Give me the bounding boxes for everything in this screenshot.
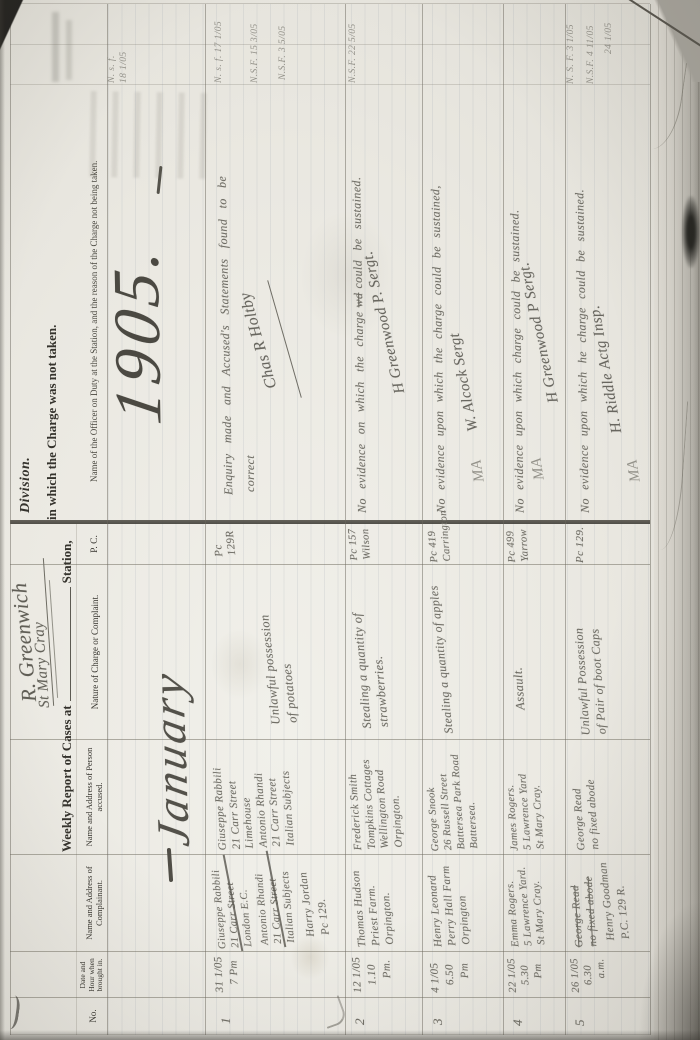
column-line — [10, 84, 650, 85]
margin-note: N.S.F. 15 3/05 — [250, 23, 260, 83]
pencil-initials: MA — [624, 458, 644, 483]
division-subtitle: in which the Charge was not taken. — [44, 325, 60, 520]
col-header-complainant: Name and Address of Complainant. — [84, 856, 104, 950]
accused-cell: James Rogers. 5 Lawrence Yard St Mary Cr… — [503, 772, 547, 851]
margin-note: N. s. f. 18 1/05 — [106, 13, 130, 83]
complainant-struck-entry: Antonio Rhandi 21 Carr Street Italian Su… — [253, 870, 298, 945]
pencil-initials: MA — [528, 456, 548, 481]
row-number: 4 — [510, 1019, 526, 1026]
accused-cell: Giuseppe Rabbili 21 Carr Street Limehous… — [211, 762, 298, 851]
faint-print-smudge — [52, 12, 59, 82]
year-heading: 1905. — [98, 237, 177, 428]
margin-note: N.S.F. 4 11/05 — [586, 25, 596, 84]
report-title-suffix: Station, — [59, 540, 74, 583]
officer-column-header: Name of the Officer on Duty at the Stati… — [89, 161, 99, 482]
row-number: 5 — [572, 1019, 588, 1026]
scanned-ledger-page: Division. in which the Charge was not ta… — [0, 0, 700, 1040]
margin-note: 24 1/05 — [604, 22, 614, 54]
ledger-landscape-content: Division. in which the Charge was not ta… — [0, 0, 700, 1040]
col-header-no: No. — [88, 998, 98, 1034]
pencil-initials: MA — [468, 458, 488, 483]
row-number: 1 — [218, 1017, 234, 1024]
month-heading: January — [141, 667, 200, 849]
row-line — [205, 4, 206, 1035]
date-cell: 4 1/05 6.50 Pm — [427, 961, 474, 994]
row-line — [107, 4, 108, 1035]
table-border-bottom — [650, 4, 651, 1035]
date-cell: 12 1/05 1.10 Pm. — [349, 955, 396, 993]
table-border-left — [10, 1034, 650, 1035]
margin-note: N. S. F. 3 1/05 — [566, 24, 576, 84]
row-number: 3 — [430, 1018, 446, 1025]
reason-text: correct — [243, 455, 258, 492]
col-header-charge: Nature of Charge or Complaint. — [90, 566, 100, 738]
row-line — [565, 4, 566, 1035]
complainant-cell: Emma Rogers. 5 Lawrence Yard. St Mary Cr… — [503, 865, 549, 948]
pc-cell: Pc 499 Yarrow — [504, 529, 532, 563]
column-line — [10, 951, 650, 952]
charge-cell: Assault. — [511, 666, 529, 710]
header-rule — [76, 524, 77, 1035]
complainant-cell: Thomas Hudson Priest Farm. Orpington. — [349, 867, 398, 947]
pc-cell: Pc 157 Wilson — [346, 527, 374, 561]
column-line — [10, 739, 650, 740]
column-line — [10, 854, 650, 855]
complainant-struck-entry: George Read no fixed abode — [568, 876, 601, 948]
date-cell: 26 1/05 6.30 a.m. — [568, 956, 609, 993]
pc-cell: Pc 129. — [574, 527, 586, 563]
report-title-prefix: Weekly Report of Cases at — [59, 705, 74, 852]
margin-note: N.S.F. 3 5/05 — [278, 26, 288, 80]
pc-cell: Pc 129R — [211, 530, 239, 557]
complainant-cell: Henry Leonard Perry Hall Farm Orpington — [425, 864, 474, 948]
accused-cell: George Snook 26 Russell Street Battersea… — [423, 753, 482, 852]
col-header-pc: P. C. — [90, 524, 100, 564]
column-line — [10, 564, 650, 565]
pc-cell: Pc 419 Carrington — [424, 510, 454, 563]
division-header: Division. — [18, 457, 34, 513]
table-border-top — [10, 4, 11, 1035]
date-cell: 31 1/05 7 Pm — [211, 955, 243, 993]
col-header-date: Date and Hour when brought in. — [79, 953, 105, 997]
accused-cell: George Read no fixed abode — [570, 779, 603, 851]
station-blank-line — [58, 587, 71, 701]
report-title: Weekly Report of Cases atStation, — [58, 540, 75, 852]
table-border-right — [10, 3, 650, 4]
margin-note: N.S.F. 22 5/05 — [348, 23, 358, 83]
struck-word: wd — [351, 293, 365, 308]
column-line-thick — [10, 520, 650, 524]
date-cell: 22 1/05 5.30 Pm — [505, 956, 546, 993]
faint-print-smudge — [66, 20, 72, 80]
col-header-accused: Name and Address of Person accused. — [84, 741, 104, 853]
row-line — [345, 4, 346, 1035]
row-line — [422, 4, 423, 1035]
margin-note: N. s. f. 17 1/05 — [214, 21, 224, 83]
accused-cell: Frederick Smith Tompkins Cottages Wellin… — [346, 757, 406, 851]
row-number: 2 — [352, 1018, 368, 1025]
